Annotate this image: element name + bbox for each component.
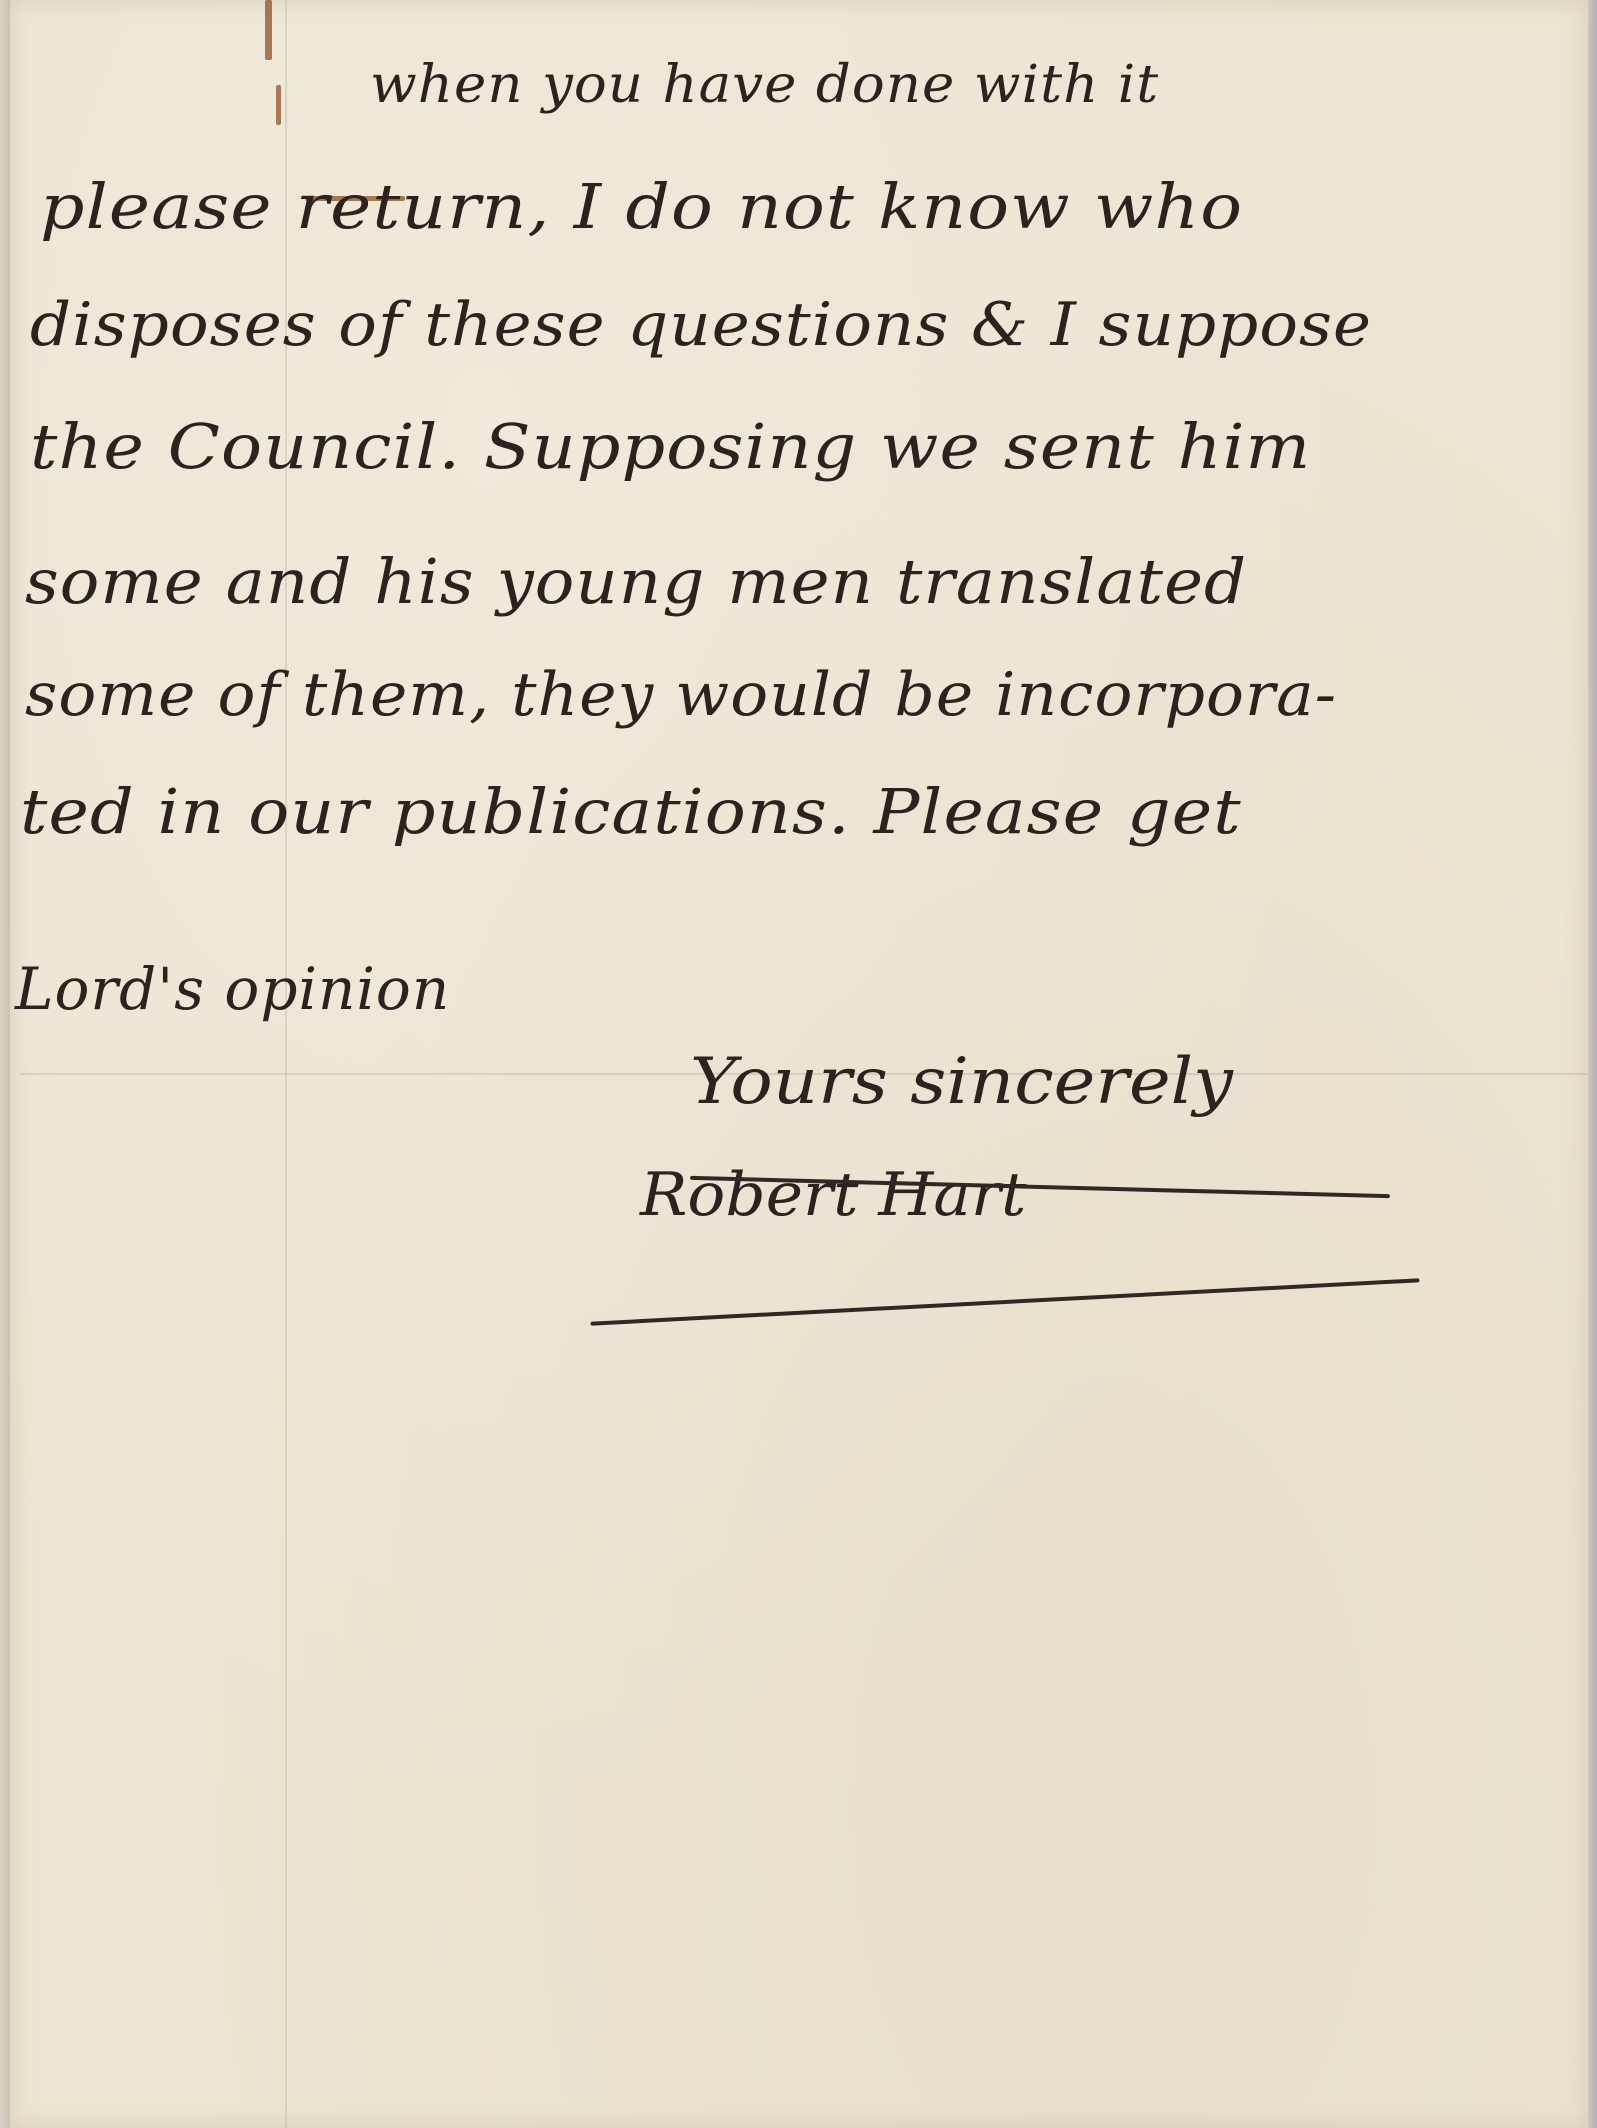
letter-line-1: when you have done with it [370, 55, 1159, 115]
letter-line-6: some of them, they would be incorpora- [25, 660, 1337, 730]
letter-signature: Robert Hart [640, 1160, 1026, 1230]
rust-stain [265, 0, 272, 60]
rust-stain [276, 85, 281, 125]
letter-closing: Yours sincerely [690, 1045, 1233, 1119]
letter-line-3: disposes of these questions & I suppose [30, 290, 1372, 360]
letter-line-7: ted in our publications. Please get [20, 775, 1242, 848]
paper-right-edge [1588, 0, 1597, 2128]
letter-line-2: please return, I do not know who [40, 170, 1243, 243]
letter-line-4: the Council. Supposing we sent him [30, 410, 1311, 483]
paper-left-edge [0, 0, 10, 2128]
letter-line-5: some and his young men translated [25, 545, 1247, 618]
letter-line-8: Lord's opinion [15, 955, 450, 1023]
